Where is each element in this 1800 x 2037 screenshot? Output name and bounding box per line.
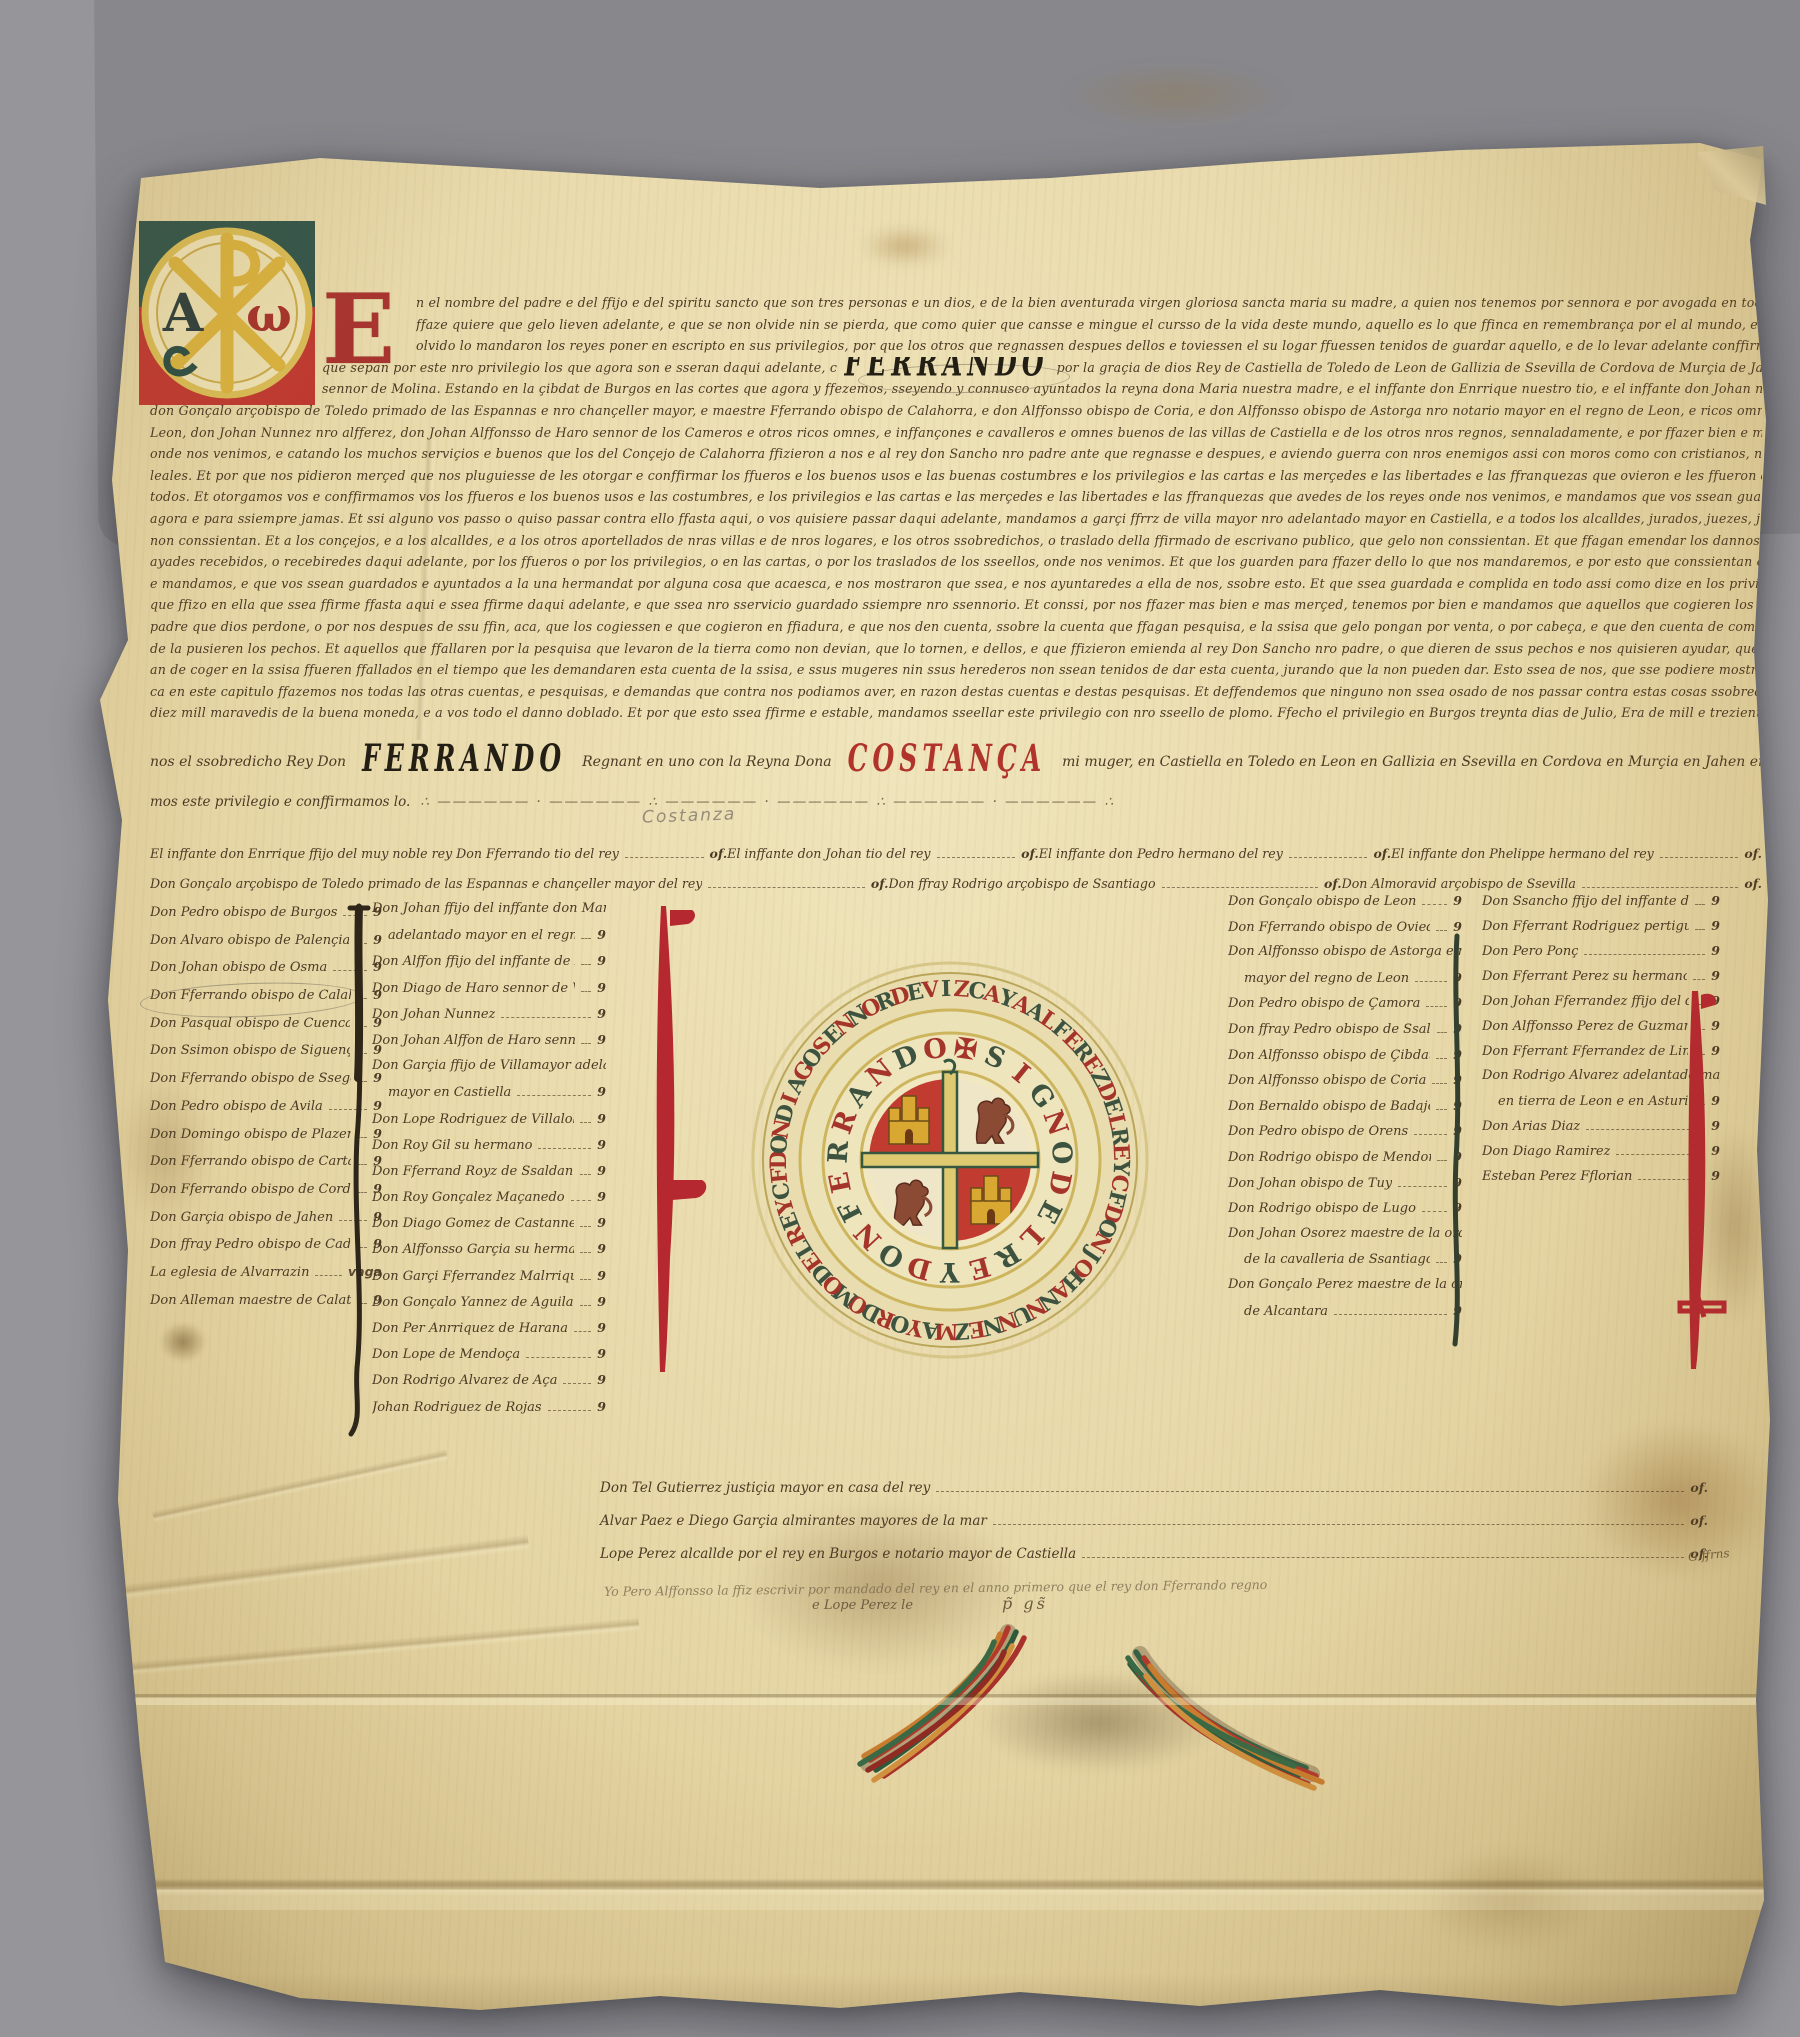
parchment-wrapper: A ω E n el nombre del padre e del ffijo …: [0, 0, 1800, 2037]
queen-name-display: COSTANÇA: [844, 744, 1051, 774]
plica-fold: [0, 1694, 1800, 2037]
king-name-inline: FERRANDO: [841, 357, 1053, 379]
fold-crease: [20, 1878, 1790, 1896]
parchment-charter: A ω E n el nombre del padre e del ffijo …: [0, 0, 1800, 2037]
king-name-display: FERRANDO: [358, 744, 570, 774]
